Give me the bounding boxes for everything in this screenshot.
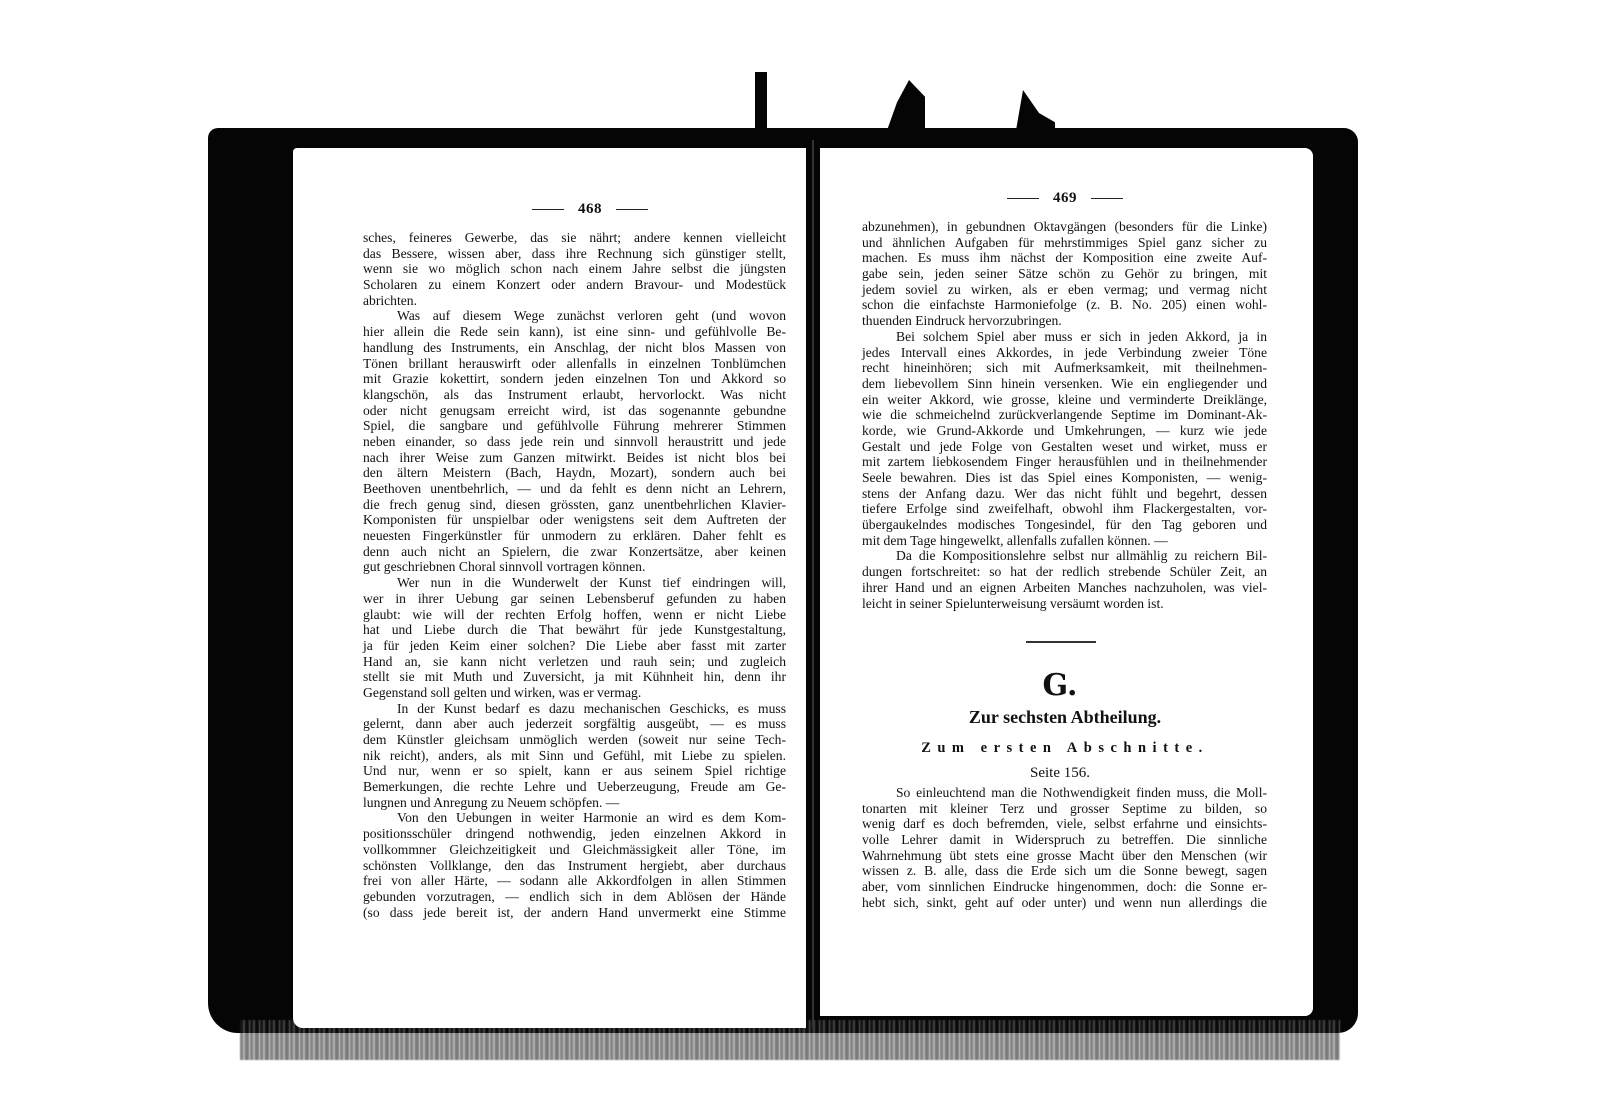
text-line: wenig darf es doch befremden, viele, sel… <box>862 816 1267 832</box>
left-page-body: sches, feineres Gewerbe, das sie nährt; … <box>363 230 786 920</box>
text-line: den ältern Meistern (Bach, Haydn, Mozart… <box>363 465 786 481</box>
text-line: wie die schmeichelnd zurückverlangende S… <box>862 407 1267 423</box>
text-line: Bemerkungen, die rechte Lehre und Ueberz… <box>363 779 786 795</box>
page-number-header: 469 <box>945 190 1185 207</box>
text-line: korde, wie Grund-Akkorde und Umkehrungen… <box>862 423 1267 439</box>
text-line: Wahrnehmung übt stets eine grosse Macht … <box>862 848 1267 864</box>
text-line: Scholaren zu einem Konzert oder andern B… <box>363 277 786 293</box>
section-letter: G. <box>1030 668 1090 703</box>
text-line: dem liebevollem Sinn hinein versenken. W… <box>862 376 1267 392</box>
text-line: handlung des Instruments, ein Anschlag, … <box>363 340 786 356</box>
page-number-header: 468 <box>470 201 710 218</box>
text-line: glaubt: wie will der rechten Erfolg hoff… <box>363 607 786 623</box>
text-line: (so dass jede bereit ist, der andern Han… <box>363 905 786 921</box>
text-line: wer in ihrer Uebung gar seinen Lebensber… <box>363 591 786 607</box>
text-line: übergaukelndes modisches Tongesindel, fü… <box>862 517 1267 533</box>
page-number: 468 <box>578 201 602 217</box>
text-line: wissen z. B. alle, dass die Erde sich um… <box>862 863 1267 879</box>
book-scan: 468 sches, feineres Gewerbe, das sie näh… <box>0 0 1600 1108</box>
text-line: nach ihrer Weise zum Ganzen mitwirkt. Be… <box>363 450 786 466</box>
text-line: Von den Uebungen in weiter Harmonie an w… <box>363 810 786 826</box>
text-line: stellt sie mit Muth und Zuversicht, ja m… <box>363 669 786 685</box>
text-line: In der Kunst bedarf es dazu mechanischen… <box>363 701 786 717</box>
right-page-body: abzunehmen), in gebundnen Oktavgängen (b… <box>862 219 1267 611</box>
section-page-reference: Seite 156. <box>960 765 1160 782</box>
text-line: Seele bewahren. Dies ist das Spiel eines… <box>862 470 1267 486</box>
text-line: Beethoven unentbehrlich, — und da fehlt … <box>363 481 786 497</box>
text-line: tonarten mit kleiner Terz und grosser Se… <box>862 801 1267 817</box>
dash <box>616 209 648 210</box>
text-line: thuenden Eindruck hervorzubringen. <box>862 313 1267 329</box>
text-line: Was auf diesem Wege zunächst verloren ge… <box>363 308 786 324</box>
text-line: schon die einfachste Harmoniefolge (z. B… <box>862 297 1267 313</box>
dash <box>1091 198 1123 199</box>
text-line: recht hineinhören; sich mit Aufmerksamke… <box>862 360 1267 376</box>
text-line: hat und Liebe durch die That bewährt für… <box>363 622 786 638</box>
text-line: oder nicht genugsam erreicht wird, ist d… <box>363 403 786 419</box>
text-line: gut geschriebnen Choral sinnvoll vortrag… <box>363 559 786 575</box>
text-line: mit dem Tage hingewelkt, allenfalls zufa… <box>862 533 1267 549</box>
text-line: gebunden vorzutragen, — endlich sich in … <box>363 889 786 905</box>
text-line: mit Grazie kokettirt, sondern jeden einz… <box>363 371 786 387</box>
text-line: ihrer Hand und an eignen Arbeiten Manche… <box>862 580 1267 596</box>
text-line: aber, vom sinnlichen Eindrucke hingenomm… <box>862 879 1267 895</box>
text-line: machen. Es muss ihm nächst der Kompositi… <box>862 250 1267 266</box>
page-number: 469 <box>1053 190 1077 206</box>
text-line: Und nur, wenn er so spielt, kann er aus … <box>363 763 786 779</box>
text-line: Da die Kompositionslehre selbst nur allm… <box>862 548 1267 564</box>
text-line: stens der Anfang dazu. Wer das nicht füh… <box>862 486 1267 502</box>
text-line: dem Künstler gleichsam unmöglich werden … <box>363 732 786 748</box>
text-line: volle Lehrer damit in Widerspruch zu bet… <box>862 832 1267 848</box>
scan-artifact <box>1015 90 1055 136</box>
text-line: die frech genug sind, diesen grössten, g… <box>363 497 786 513</box>
text-line: gabe sein, jeden seiner Sätze schön zu G… <box>862 266 1267 282</box>
scan-artifact <box>755 72 767 136</box>
text-line: dungen fortschreitet: so hat der redlich… <box>862 564 1267 580</box>
text-line: neuesten Fingerkünstler für unmodern zu … <box>363 528 786 544</box>
section-title: Zur sechsten Abtheilung. <box>900 707 1230 728</box>
text-line: Gestalt und jede Folge von Gestalten wes… <box>862 439 1267 455</box>
text-line: jedem soviel zu wirken, als er eben verm… <box>862 282 1267 298</box>
section-body: So einleuchtend man die Nothwendigkeit f… <box>862 785 1267 911</box>
text-line: denn auch nicht an Spielern, die zwar Ko… <box>363 544 786 560</box>
text-line: Bei solchem Spiel aber muss er sich in j… <box>862 329 1267 345</box>
dash <box>1007 198 1039 199</box>
text-line: nik reicht), anders, als mit Sinn und Ge… <box>363 748 786 764</box>
text-line: Hand an, sie kann nicht verletzen und ra… <box>363 654 786 670</box>
text-line: Gegenstand soll gelten und wirken, was e… <box>363 685 786 701</box>
text-line: und ähnlichen Aufgaben für mehrstimmiges… <box>862 235 1267 251</box>
text-line: wenn sie wo möglich schon nach einem Jah… <box>363 261 786 277</box>
text-line: ja für jeden Keim einer solchen? Die Lie… <box>363 638 786 654</box>
section-divider <box>1026 641 1096 643</box>
text-line: Wer nun in die Wunderwelt der Kunst tief… <box>363 575 786 591</box>
text-line: das Bessere, wissen aber, dass ihre Rech… <box>363 246 786 262</box>
text-line: So einleuchtend man die Nothwendigkeit f… <box>862 785 1267 801</box>
scan-artifact <box>885 80 925 136</box>
text-line: Spiel, die sangbare und gefühlvolle Führ… <box>363 418 786 434</box>
text-line: tiefere Erfolge sind zweifelhaft, obwohl… <box>862 501 1267 517</box>
text-line: Komponisten für unspielbar oder wenigste… <box>363 512 786 528</box>
text-line: leicht in seiner Spielunterweisung versä… <box>862 596 1267 612</box>
text-line: abrichten. <box>363 293 786 309</box>
text-line: sches, feineres Gewerbe, das sie nährt; … <box>363 230 786 246</box>
book-gutter <box>812 140 814 1030</box>
text-line: frei von aller Härte, — sodann alle Akko… <box>363 873 786 889</box>
text-line: abzunehmen), in gebundnen Oktavgängen (b… <box>862 219 1267 235</box>
text-line: jedes Intervall eines Akkordes, in jede … <box>862 345 1267 361</box>
section-subtitle: Zum ersten Abschnitte. <box>900 740 1230 757</box>
text-line: schönsten Vollklange, den das Instrument… <box>363 858 786 874</box>
text-line: neben einander, so dass jede rein und si… <box>363 434 786 450</box>
text-line: klangschön, als das Instrument erlaubt, … <box>363 387 786 403</box>
text-line: gelernt, dann aber auch jederzeit sorgfä… <box>363 716 786 732</box>
text-line: lungnen und Anregung zu Neuem schöpfen. … <box>363 795 786 811</box>
text-line: vollkommner Gleichzeitigkeit und Gleichm… <box>363 842 786 858</box>
text-line: Tönen brillant herauswirft oder allenfal… <box>363 356 786 372</box>
text-line: positionsschüler dringend nothwendig, je… <box>363 826 786 842</box>
dash <box>532 209 564 210</box>
text-line: hier allein die Rede sein kann), ist ein… <box>363 324 786 340</box>
text-line: hebt sich, sinkt, geht auf oder unter) u… <box>862 895 1267 911</box>
text-line: mit zartem liebkosendem Finger herausfüh… <box>862 454 1267 470</box>
text-line: ein weiter Akkord, wie grosse, kleine un… <box>862 392 1267 408</box>
